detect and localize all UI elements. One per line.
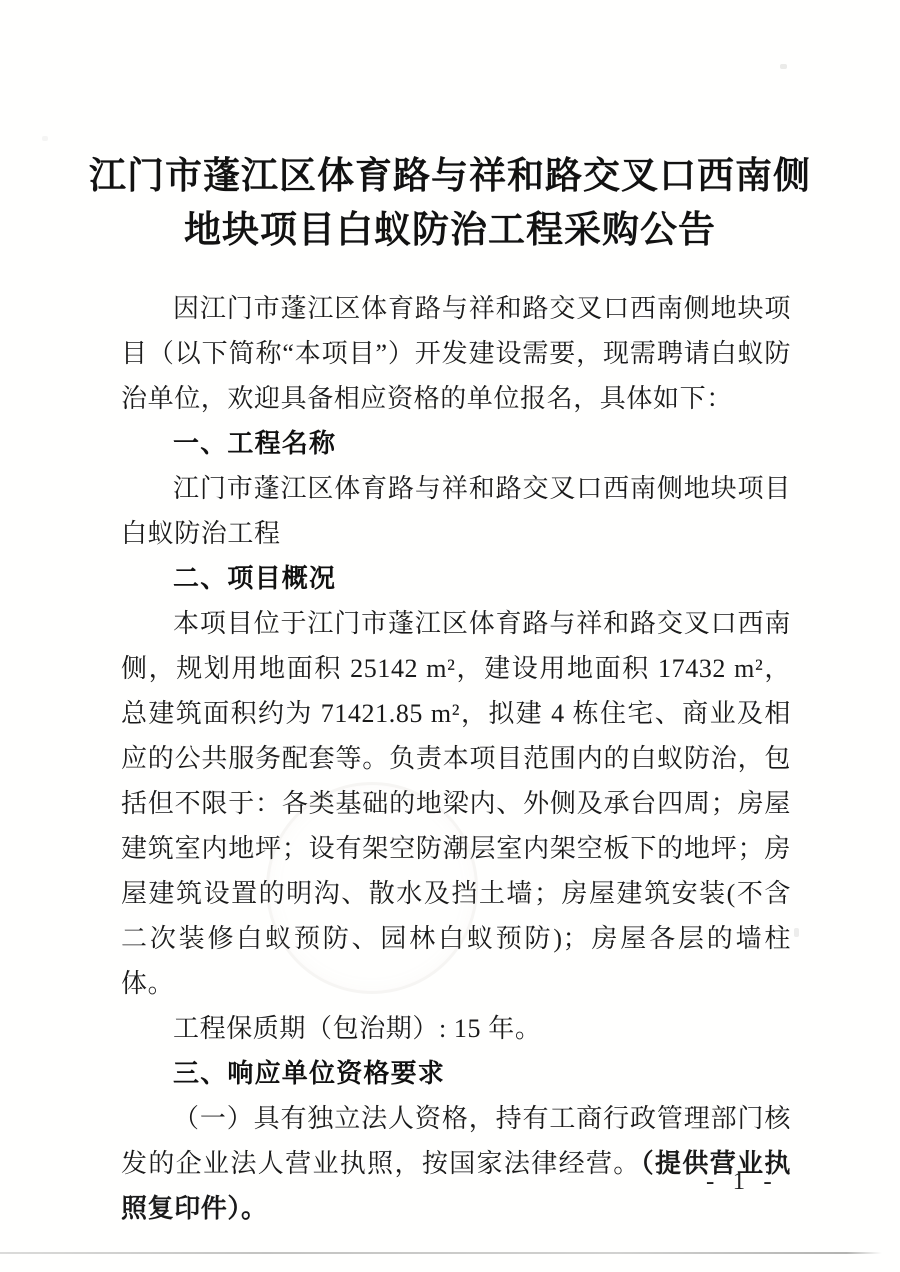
section2-warranty: 工程保质期（包治期）: 15 年。 [121,1006,791,1051]
intro-paragraph: 因江门市蓬江区体育路与祥和路交叉口西南侧地块项目（以下简称“本项目”）开发建设需… [121,286,791,421]
section3-item1: （一）具有独立法人资格，持有工商行政管理部门核发的企业法人营业执照，按国家法律经… [121,1096,791,1231]
document-title: 江门市蓬江区体育路与祥和路交叉口西南侧 地块项目白蚁防治工程采购公告 [60,150,840,258]
scan-edge-line [0,1252,882,1254]
scanned-document-page: 江门市蓬江区体育路与祥和路交叉口西南侧 地块项目白蚁防治工程采购公告 因江门市蓬… [0,0,900,1272]
section1-heading: 一、工程名称 [121,421,791,466]
scan-speck [42,136,48,141]
scan-speck [780,64,787,69]
page-number: - 1 - [706,1168,778,1196]
section2-heading: 二、项目概况 [121,556,791,601]
section1-body: 江门市蓬江区体育路与祥和路交叉口西南侧地块项目白蚁防治工程 [121,466,791,556]
document-body: 因江门市蓬江区体育路与祥和路交叉口西南侧地块项目（以下简称“本项目”）开发建设需… [121,286,791,1231]
stamp-bleedthrough-mark [266,782,478,994]
section3-heading: 三、响应单位资格要求 [121,1051,791,1096]
document-title-line1: 江门市蓬江区体育路与祥和路交叉口西南侧 [60,150,840,204]
document-title-line2: 地块项目白蚁防治工程采购公告 [60,204,840,258]
scan-speck [794,928,799,937]
